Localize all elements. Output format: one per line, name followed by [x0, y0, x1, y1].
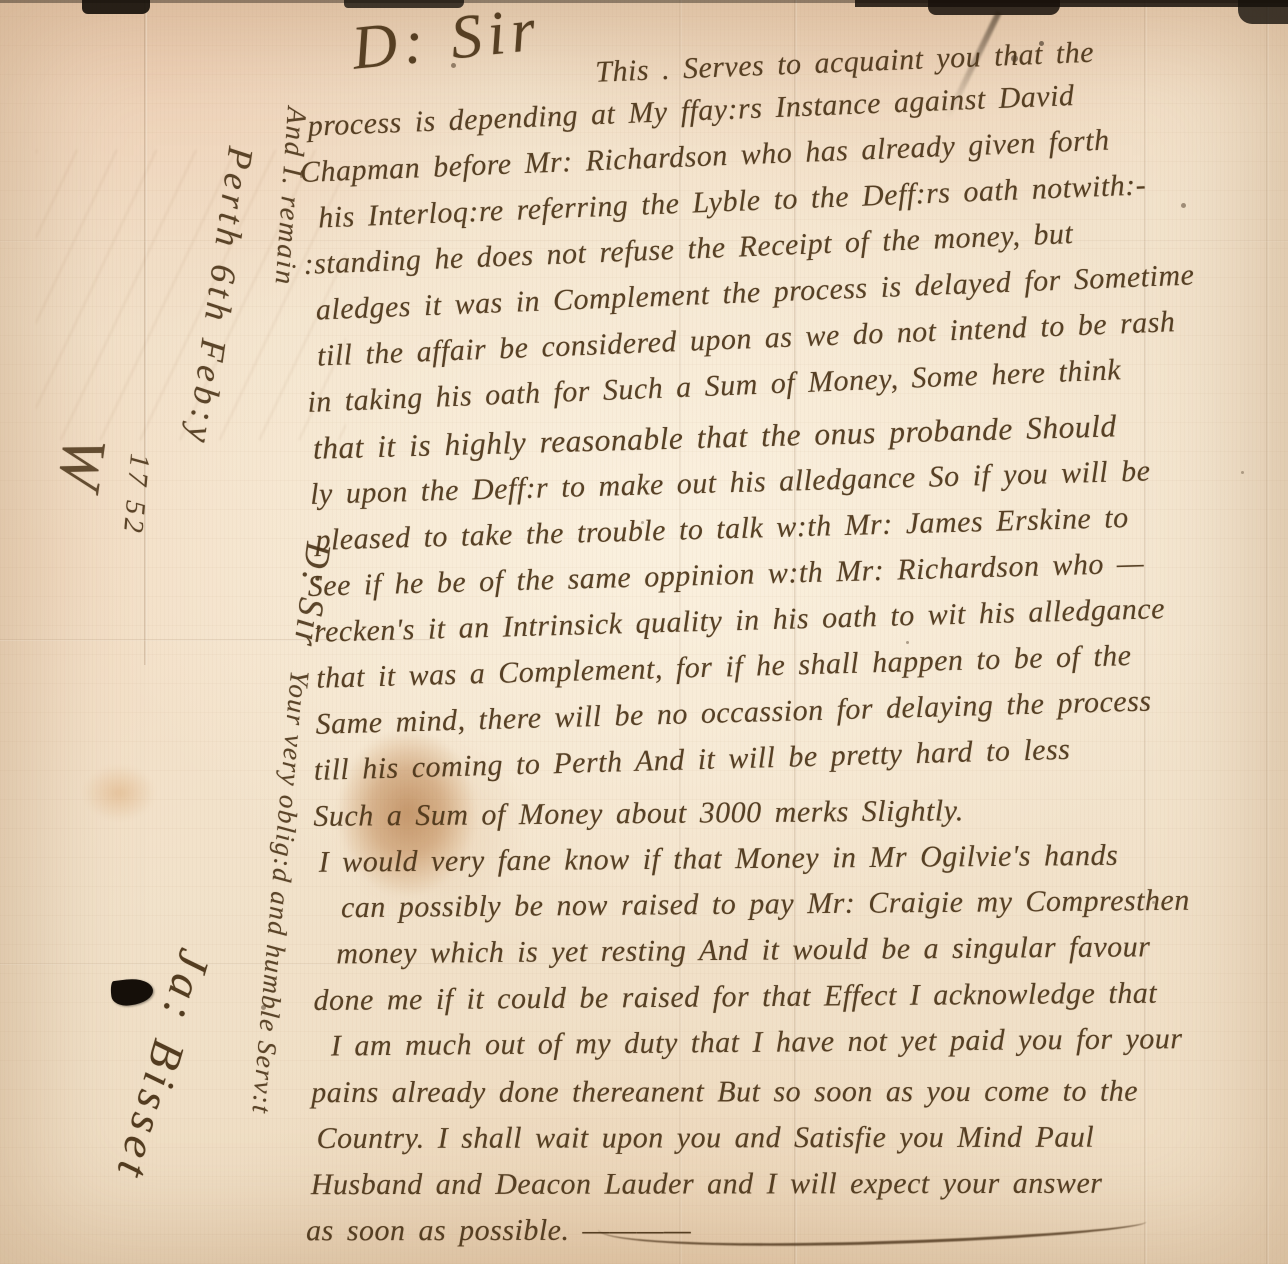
paraph-flourish-mark: W	[43, 432, 120, 493]
margin-place-date: Perth 6th Feb:y	[178, 144, 262, 450]
ink-specks	[0, 0, 3, 3]
scan-edge-mark	[82, 0, 150, 14]
small-stain	[76, 756, 172, 830]
manuscript-line: money which is yet resting And it would …	[336, 923, 1288, 978]
manuscript-line: I am much out of my duty that I have not…	[331, 1015, 1288, 1070]
letter-page: D: Sir This . Serves to acquaint you tha…	[0, 0, 1288, 1264]
manuscript-line: Country. I shall wait upon you and Satis…	[317, 1114, 1288, 1162]
manuscript-body: This . Serves to acquaint you that thepr…	[300, 30, 1288, 1253]
scan-edge-corner-mark	[1238, 0, 1288, 24]
margin-year: 17 52	[116, 452, 155, 537]
manuscript-line: can possibly be now raised to pay Mr: Cr…	[341, 877, 1288, 932]
fold-crease-vertical	[144, 0, 147, 665]
manuscript-line: pains already done thereanent But so soo…	[311, 1068, 1288, 1116]
scan-edge-strip	[855, 0, 1288, 7]
margin-valediction: Your very oblig:d and humble Serv:t	[245, 669, 315, 1115]
ink-blot	[110, 977, 155, 1008]
